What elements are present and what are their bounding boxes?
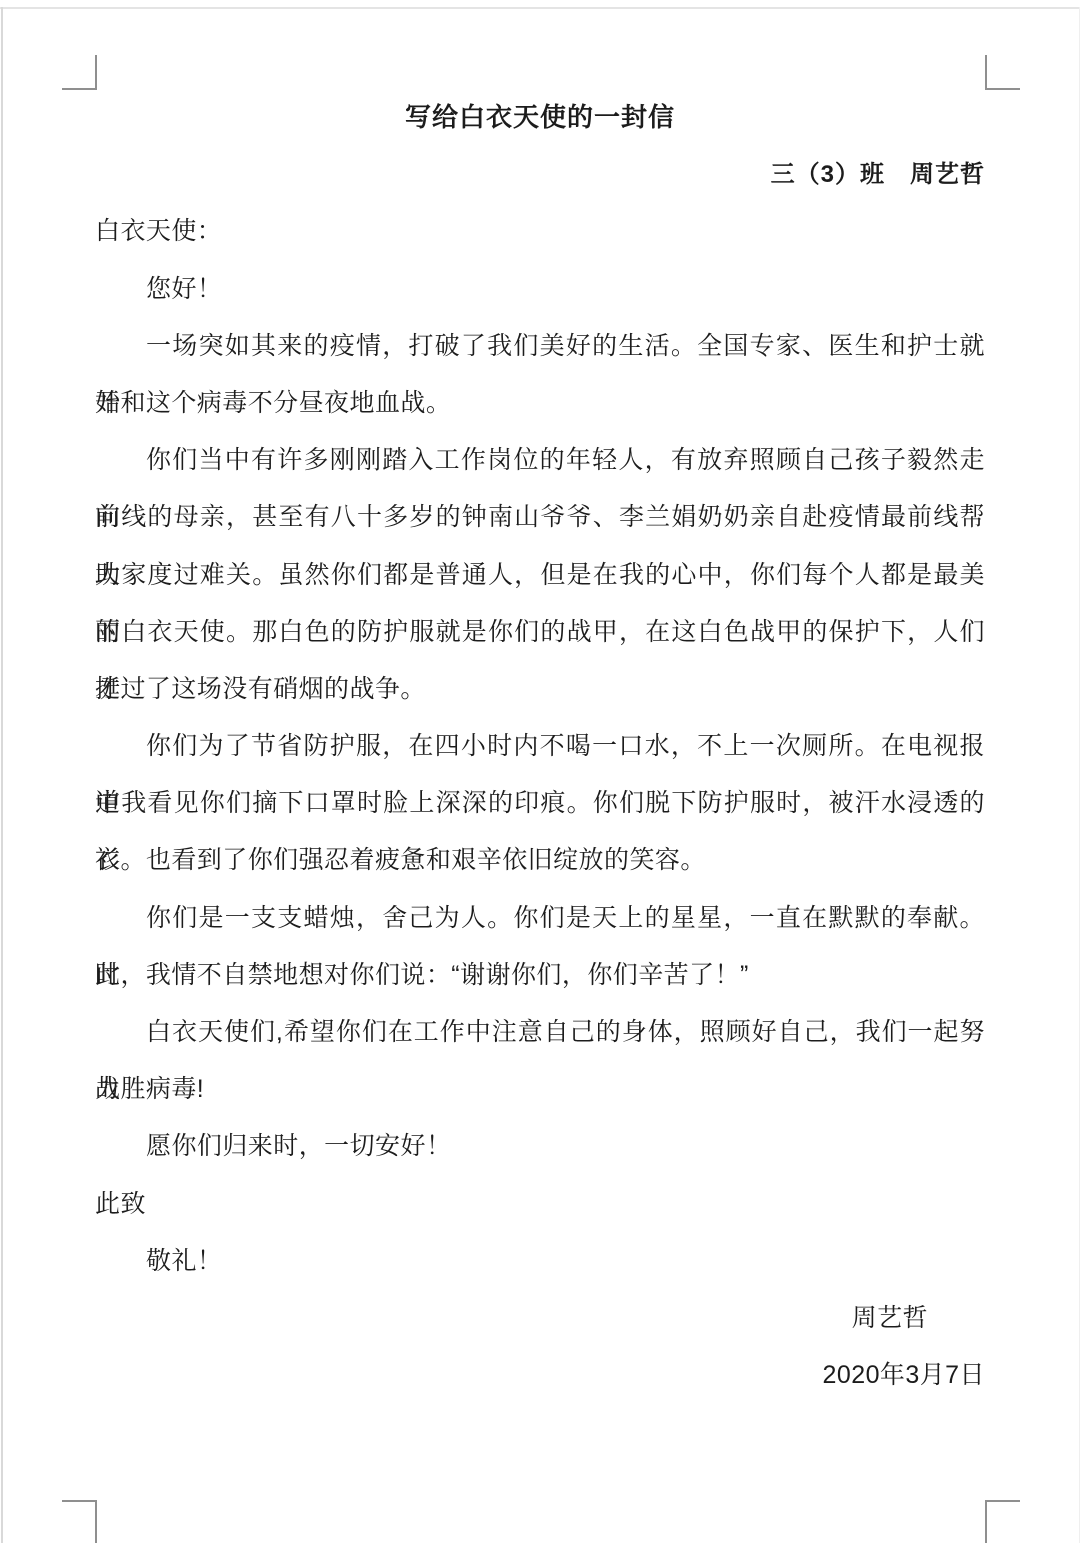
- text-line: 一场突如其来的疫情，打破了我们美好的生活。全国专家、医生和护士就开: [95, 318, 985, 375]
- page-left-edge-line: [1, 7, 3, 1543]
- crop-mark-top-right: [985, 55, 1020, 90]
- letter-signature: 周艺哲: [95, 1290, 985, 1347]
- letter-date: 2020年3月7日: [95, 1347, 985, 1404]
- page-top-edge-line: [0, 7, 1080, 9]
- text-line: 衫。也看到了你们强忍着疲惫和艰辛依旧绽放的笑容。: [95, 832, 985, 889]
- letter-content: 写给白衣天使的一封信 三（3）班 周艺哲 白衣天使：您好！一场突如其来的疫情，打…: [95, 89, 985, 1404]
- text-line: 大家度过难关。虽然你们都是普通人，但是在我的心中，你们每个人都是最美丽: [95, 547, 985, 604]
- crop-mark-bottom-right: [985, 1500, 1020, 1543]
- text-line: 中我看见你们摘下口罩时脸上深深的印痕。你们脱下防护服时，被汗水浸透的衣: [95, 775, 985, 832]
- text-line: 你们为了节省防护服，在四小时内不喝一口水，不上一次厕所。在电视报道: [95, 718, 985, 775]
- text-line: 您好！: [95, 261, 985, 318]
- text-line: 你们当中有许多刚刚踏入工作岗位的年轻人，有放弃照顾自己孩子毅然走向: [95, 432, 985, 489]
- text-line: 的白衣天使。那白色的防护服就是你们的战甲，在这白色战甲的保护下，人们才: [95, 604, 985, 661]
- text-line: 你们是一支支蜡烛，舍己为人。你们是天上的星星，一直在默默的奉献。此: [95, 890, 985, 947]
- text-line: 白衣天使：: [95, 203, 985, 260]
- crop-mark-bottom-left: [62, 1500, 97, 1543]
- text-line: 白衣天使们,希望你们在工作中注意自己的身体，照顾好自己，我们一起努力: [95, 1004, 985, 1061]
- text-line: 时，我情不自禁地想对你们说：“谢谢你们，你们辛苦了！”: [95, 947, 985, 1004]
- text-line: 战胜病毒!: [95, 1061, 985, 1118]
- text-line: 前线的母亲，甚至有八十多岁的钟南山爷爷、李兰娟奶奶亲自赴疫情最前线帮助: [95, 489, 985, 546]
- text-line: 敬礼！: [95, 1233, 985, 1290]
- text-line: 此致: [95, 1176, 985, 1233]
- letter-page: 写给白衣天使的一封信 三（3）班 周艺哲 白衣天使：您好！一场突如其来的疫情，打…: [0, 0, 1080, 1543]
- text-line: 始和这个病毒不分昼夜地血战。: [95, 375, 985, 432]
- letter-title: 写给白衣天使的一封信: [95, 89, 985, 146]
- text-line: 愿你们归来时，一切安好！: [95, 1118, 985, 1175]
- crop-mark-top-left: [62, 55, 97, 90]
- letter-body: 白衣天使：您好！一场突如其来的疫情，打破了我们美好的生活。全国专家、医生和护士就…: [95, 203, 985, 1290]
- letter-byline: 三（3）班 周艺哲: [95, 146, 985, 203]
- text-line: 挺过了这场没有硝烟的战争。: [95, 661, 985, 718]
